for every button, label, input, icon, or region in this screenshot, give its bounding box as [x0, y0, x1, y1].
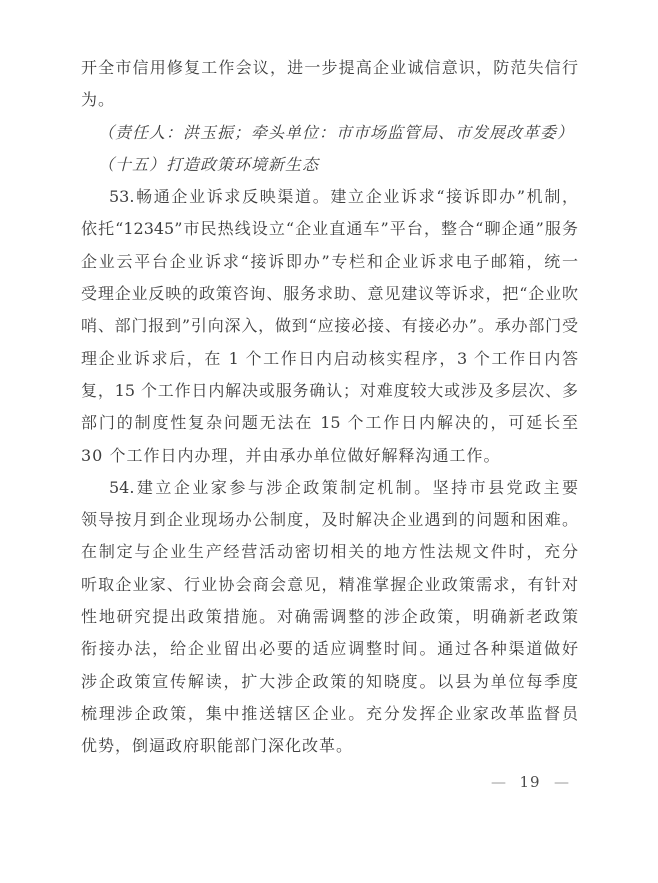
- text-line: 受理企业反映的政策咨询、服务求助、意见建议等诉求，把“企业吹: [81, 278, 578, 310]
- footer-dash-left: —: [491, 773, 506, 791]
- responsible-person-line: （责任人：洪玉振；牵头单位：市市场监管局、市发展改革委）: [81, 117, 578, 149]
- text-line: 涉企政策宣传解读，扩大涉企政策的知晓度。以县为单位每季度: [81, 666, 578, 698]
- text-line: 企业云平台企业诉求“接诉即办”专栏和企业诉求电子邮箱，统一: [81, 246, 578, 278]
- paragraph-start-line: 54.建立企业家参与涉企政策制定机制。坚持市县党政主要: [81, 472, 578, 504]
- text-line: 衔接办法，给企业留出必要的适应调整时间。通过各种渠道做好: [81, 633, 578, 665]
- text-line: 听取企业家、行业协会商会意见，精准掌握企业政策需求，有针对: [81, 569, 578, 601]
- text-line: 优势，倒逼政府职能部门深化改革。: [81, 730, 578, 762]
- text-line: 性地研究提出政策措施。对确需调整的涉企政策，明确新老政策: [81, 601, 578, 633]
- text-line: 部门的制度性复杂问题无法在 15 个工作日内解决的，可延长至: [81, 407, 578, 439]
- footer-dash-right: —: [554, 773, 569, 791]
- text-line: 依托“12345”市民热线设立“企业直通车”平台，整合“聊企通”服务: [81, 213, 578, 245]
- text-line: 开全市信用修复工作会议，进一步提高企业诚信意识，防范失信行: [81, 52, 578, 84]
- paragraph-start-line: 53.畅通企业诉求反映渠道。建立企业诉求“接诉即办”机制，: [81, 181, 578, 213]
- page-number: — 19 —: [491, 771, 569, 793]
- text-line: 梳理涉企政策，集中推送辖区企业。充分发挥企业家改革监督员: [81, 698, 578, 730]
- text-line: 为。: [81, 84, 578, 116]
- section-heading: （十五）打造政策环境新生态: [81, 149, 578, 181]
- text-line: 理企业诉求后，在 1 个工作日内启动核实程序，3 个工作日内答: [81, 343, 578, 375]
- document-text: 开全市信用修复工作会议，进一步提高企业诚信意识，防范失信行 为。 （责任人：洪玉…: [81, 52, 578, 763]
- text-line: 30 个工作日内办理，并由承办单位做好解释沟通工作。: [81, 440, 578, 472]
- text-line: 领导按月到企业现场办公制度，及时解决企业遇到的问题和困难。: [81, 504, 578, 536]
- text-line: 哨、部门报到”引向深入，做到“应接必接、有接必办”。承办部门受: [81, 310, 578, 342]
- text-line: 在制定与企业生产经营活动密切相关的地方性法规文件时，充分: [81, 536, 578, 568]
- document-page: 开全市信用修复工作会议，进一步提高企业诚信意识，防范失信行 为。 （责任人：洪玉…: [0, 0, 658, 883]
- page-number-value: 19: [519, 773, 540, 791]
- text-line: 复，15 个工作日内解决或服务确认；对难度较大或涉及多层次、多: [81, 375, 578, 407]
